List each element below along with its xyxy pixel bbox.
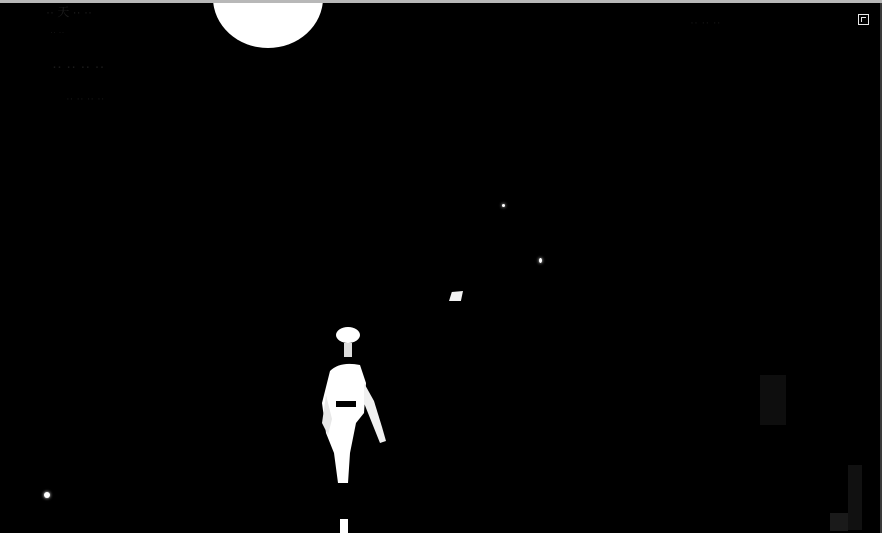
astronaut-silhouette	[320, 323, 390, 533]
dim-structure	[760, 375, 786, 425]
light-point	[502, 204, 505, 207]
astronaut-figure	[320, 323, 390, 533]
dim-structure	[830, 513, 848, 531]
overlay-heading: ·· ·· ·· ··	[52, 58, 104, 75]
overlay-caption: ·· ·· ·· ··	[66, 93, 104, 105]
overlay-title: ·· 天 ·· ··	[46, 3, 92, 20]
dim-structure	[848, 465, 862, 530]
light-point	[539, 258, 542, 263]
moon	[213, 3, 323, 48]
video-frame[interactable]: ·· 天 ·· ·· ·· ·· ·· ·· ·· ·· ·· ·· ·· ··…	[0, 3, 880, 533]
overlay-right-text: ·· ·· ··	[690, 15, 721, 29]
overlay-subtitle: ·· ··	[50, 27, 65, 37]
exit-fullscreen-icon[interactable]	[858, 14, 869, 25]
bright-rock	[449, 291, 463, 301]
light-point	[44, 492, 50, 498]
